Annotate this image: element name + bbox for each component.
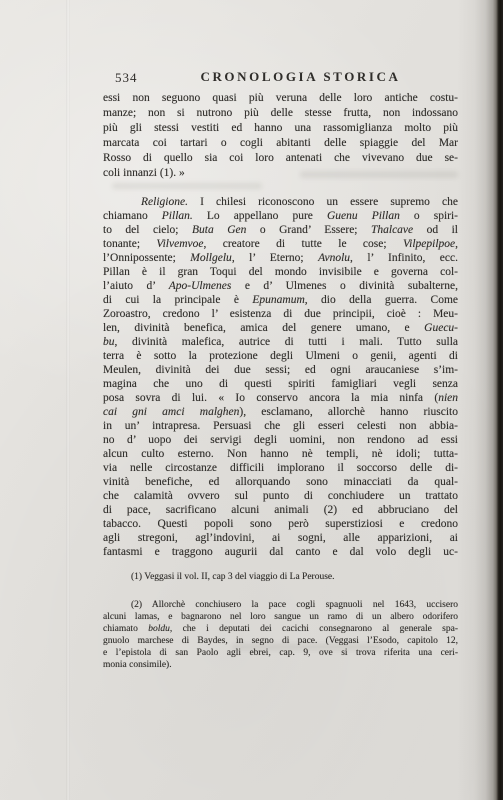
text-run: monia consimile). — [103, 660, 172, 670]
italic-text-run: Buta Gen — [192, 224, 246, 236]
page-number: 534 — [115, 70, 138, 86]
text-run: marcata coi tartari o cogli abitanti del… — [103, 137, 458, 149]
text-run: alcun culto esterno. Non hanno nè templi… — [103, 448, 458, 460]
text-run: manze; non si nutrono più delle stesse f… — [103, 107, 458, 119]
paper-crease — [66, 0, 70, 800]
italic-text-run: nien — [438, 392, 458, 404]
text-run: chiamano — [103, 210, 162, 222]
text-line: Pillan è il gran Toqui del mondo invisib… — [103, 265, 458, 279]
text-run: ), esclamano, allorchè hanno riuscito — [239, 406, 458, 418]
text-line: più gli stessi vestiti ed hanno una rass… — [103, 121, 458, 136]
text-line: che calamità ovvero sul punto di conchiu… — [103, 489, 458, 503]
text-line: di cui la principale è Epunamum, dio del… — [103, 293, 458, 307]
scanned-book-page: 534 CRONOLOGIA STORICA essi non seguono … — [0, 0, 503, 800]
text-run: o spiri- — [400, 210, 458, 222]
text-line: e l’epistola di san Paolo agli ebrei, ca… — [103, 647, 458, 659]
text-run: , dio della guerra. Come — [305, 294, 458, 306]
italic-text-run: Avnolu — [318, 252, 350, 264]
text-run: , che i deputati dei cacichi consegnaron… — [170, 624, 458, 634]
text-line: vinità benefiche, ed allorquando sono mi… — [103, 475, 458, 489]
text-run: vinità benefiche, ed allorquando sono mi… — [103, 476, 458, 488]
text-line: cai gni amci malghen), esclamano, allorc… — [103, 405, 458, 419]
text-line: to del cielo; Buta Gen o Grand’ Essere; … — [103, 223, 458, 237]
text-run: fantasmi e traggono augurii dal canto e … — [103, 546, 458, 558]
text-line: gnuolo marchese di Baydes, in segno di p… — [103, 635, 458, 647]
text-run: chiamato — [103, 624, 148, 634]
text-line: l’aiuto d’ Apo-Ulmenes e d’ Ulmenes o di… — [103, 279, 458, 293]
text-run: terra è sotto la protezione degli Ulmeni… — [103, 350, 458, 362]
paragraph-1: essi non seguono quasi più veruna delle … — [103, 91, 458, 181]
text-run: Pillan è il gran Toqui del mondo invisib… — [103, 266, 458, 278]
text-line: monia consimile). — [103, 659, 458, 671]
text-line: tonante; Vilvemvoe, creatore di tutte le… — [103, 237, 458, 251]
text-run: più gli stessi vestiti ed hanno una rass… — [103, 122, 458, 134]
text-run: l’Onnipossente; — [103, 252, 190, 264]
text-line: chiamato boldu, che i deputati dei cacic… — [103, 623, 458, 635]
text-run: gnuolo marchese di Baydes, in segno di p… — [103, 636, 458, 646]
text-line: (2) Allorchè conchiusero la pace cogli s… — [103, 599, 458, 611]
text-run: (2) Allorchè conchiusero la pace cogli s… — [131, 600, 458, 610]
italic-text-run: Thalcave — [371, 224, 413, 236]
text-run: di cui la principale è — [103, 294, 252, 306]
text-run: Rosso di quello sia coi loro antenati ch… — [103, 152, 458, 164]
text-run: essi non seguono quasi più veruna delle … — [103, 92, 458, 104]
text-run: (1) Veggasi il vol. II, cap 3 del viaggi… — [131, 572, 335, 582]
text-run: , l’ Eterno; — [232, 252, 318, 264]
text-line: len, divinità benefica, amica del genere… — [103, 321, 458, 335]
text-line: manze; non si nutrono più delle stesse f… — [103, 106, 458, 121]
text-line: essi non seguono quasi più veruna delle … — [103, 91, 458, 106]
text-line: chiamano Pillan. Lo appellano pure Guenu… — [103, 209, 458, 223]
text-line: Religione. I chilesi riconoscono un esse… — [103, 195, 458, 209]
paragraph-2: Religione. I chilesi riconoscono un esse… — [103, 195, 458, 559]
text-line: bu, divinità malefica, autrice di tutti … — [103, 335, 458, 349]
text-run: od il — [413, 224, 458, 236]
text-run: di pace, sacrificano alcuni animali (2) … — [103, 504, 458, 516]
text-run: posa sovra di lui. « Io conservo ancora … — [103, 392, 438, 404]
text-run: o Grand’ Essere; — [246, 224, 371, 236]
text-line: tabacco. Questi popoli sono però superst… — [103, 517, 458, 531]
text-line: marcata coi tartari o cogli abitanti del… — [103, 136, 458, 151]
text-run: l’aiuto d’ — [103, 280, 169, 292]
text-line: magina che uno di questi spiriti famigli… — [103, 377, 458, 391]
italic-text-run: boldu — [148, 624, 170, 634]
text-run: via nelle circostanze difficili imploran… — [103, 462, 458, 474]
text-run: in un’ intrapresa. Persuasi che gli esse… — [103, 420, 458, 432]
text-run: alcuni lamas, e bagnarono nel loro sangu… — [103, 612, 458, 622]
body-text: essi non seguono quasi più veruna delle … — [103, 91, 458, 559]
text-line: Meulen, divinità dei due sessi; ed ogni … — [103, 363, 458, 377]
text-run: agli stregoni, agl’indovini, ai sogni, a… — [103, 532, 458, 544]
italic-text-run: Pillan. — [162, 210, 193, 222]
text-line: coli innanzi (1). » — [103, 166, 458, 181]
text-line: l’Onnipossente; Mollgelu, l’ Eterno; Avn… — [103, 251, 458, 265]
text-run: , divinità malefica, autrice di tutti i … — [115, 336, 459, 348]
running-header: 534 CRONOLOGIA STORICA — [103, 69, 458, 87]
text-run: no d’ uopo dei servigi degli uomini, non… — [103, 434, 458, 446]
italic-text-run: Vilpepilpoe — [403, 238, 455, 250]
footnote-1: (1) Veggasi il vol. II, cap 3 del viaggi… — [103, 570, 458, 585]
footnotes: (1) Veggasi il vol. II, cap 3 del viaggi… — [103, 570, 458, 671]
text-run: Zoroastro, credono l’ esistenza di due p… — [103, 308, 458, 320]
text-line: via nelle circostanze difficili imploran… — [103, 461, 458, 475]
text-run: e d’ Ulmenes o divinità subalterne, — [231, 280, 458, 292]
italic-text-run: Epunamum — [252, 294, 304, 306]
text-line: Zoroastro, credono l’ esistenza di due p… — [103, 307, 458, 321]
text-run: I chilesi riconoscono un essere supremo … — [188, 196, 458, 208]
italic-text-run: cai gni amci malghen — [103, 406, 239, 418]
text-line: in un’ intrapresa. Persuasi che gli esse… — [103, 419, 458, 433]
text-run: , creatore di tutte le cose; — [203, 238, 402, 250]
text-line: alcuni lamas, e bagnarono nel loro sangu… — [103, 611, 458, 623]
italic-text-run: bu — [103, 336, 115, 348]
text-line: fantasmi e traggono augurii dal canto e … — [103, 545, 458, 559]
text-run: che calamità ovvero sul punto di conchiu… — [103, 490, 458, 502]
text-line: posa sovra di lui. « Io conservo ancora … — [103, 391, 458, 405]
text-line: no d’ uopo dei servigi degli uomini, non… — [103, 433, 458, 447]
text-run: to del cielo; — [103, 224, 192, 236]
text-run: Meulen, divinità dei due sessi; ed ogni … — [103, 364, 458, 376]
italic-text-run: Mollgelu — [190, 252, 232, 264]
text-run: len, divinità benefica, amica del genere… — [103, 322, 424, 334]
text-line: (1) Veggasi il vol. II, cap 3 del viaggi… — [103, 570, 458, 585]
italic-text-run: Vilvemvoe — [156, 238, 203, 250]
text-run: coli innanzi (1). » — [103, 167, 185, 179]
text-line: alcun culto esterno. Non hanno nè templi… — [103, 447, 458, 461]
italic-text-run: Apo-Ulmenes — [169, 280, 232, 292]
running-title: CRONOLOGIA STORICA — [200, 69, 400, 85]
text-run: tonante; — [103, 238, 156, 250]
text-line: di pace, sacrificano alcuni animali (2) … — [103, 503, 458, 517]
italic-text-run: Guenu Pillan — [327, 210, 400, 222]
text-line: agli stregoni, agl’indovini, ai sogni, a… — [103, 531, 458, 545]
text-run: Lo appellano pure — [193, 210, 327, 222]
text-line: Rosso di quello sia coi loro antenati ch… — [103, 151, 458, 166]
footnote-2: (2) Allorchè conchiusero la pace cogli s… — [103, 599, 458, 671]
italic-text-run: Religione. — [141, 196, 188, 208]
italic-text-run: Guecu- — [424, 322, 458, 334]
text-run: tabacco. Questi popoli sono però superst… — [103, 518, 458, 530]
text-run: e l’epistola di san Paolo agli ebrei, ca… — [103, 648, 458, 658]
text-run: , l’ Infinito, ecc. — [350, 252, 458, 264]
text-run: magina che uno di questi spiriti famigli… — [103, 378, 458, 390]
text-line: terra è sotto la protezione degli Ulmeni… — [103, 349, 458, 363]
book-edge-shadow — [457, 0, 503, 800]
